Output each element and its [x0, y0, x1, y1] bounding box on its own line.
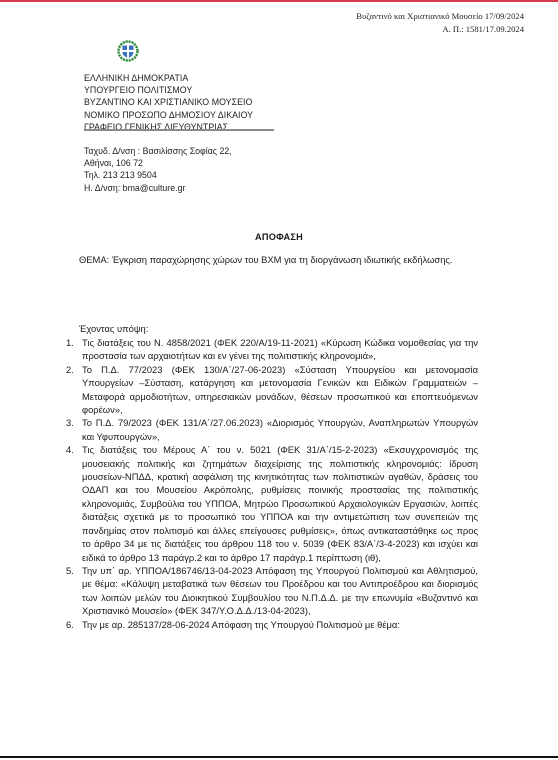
item-text: Την υπ΄ αρ. ΥΠΠΟΑ/186746/13-04-2023 Απόφ…: [82, 565, 478, 616]
org-line: ΥΠΟΥΡΓΕΙΟ ΠΟΛΙΤΙΣΜΟΥ: [84, 84, 253, 96]
stamp-line-2: Α. Π.: 1581/17.09.2024: [356, 23, 524, 36]
postal-address: Ταχυδ. Δ/νση : Βασιλίσσης Σοφίας 22,: [84, 145, 232, 157]
item-number: 3.: [66, 416, 74, 429]
item-text: Τις διατάξεις του Ν. 4858/2021 (ΦΕΚ 220/…: [82, 337, 478, 361]
list-item: 6.Την με αρ. 285137/28-06-2024 Απόφαση τ…: [66, 618, 478, 631]
list-item: 2.Το Π.Δ. 77/2023 (ΦΕΚ 130/Α΄/27-06-2023…: [66, 363, 478, 417]
item-number: 1.: [66, 336, 74, 349]
list-item: 3.Το Π.Δ. 79/2023 (ΦΕΚ 131/Α΄/27.06.2023…: [66, 416, 478, 443]
item-number: 2.: [66, 363, 74, 376]
item-number: 5.: [66, 564, 74, 577]
item-number: 4.: [66, 443, 74, 456]
greek-coat-of-arms-icon: [117, 40, 139, 62]
city-postcode: Αθήναι, 106 72: [84, 157, 232, 169]
legal-basis-list: 1.Τις διατάξεις του Ν. 4858/2021 (ΦΕΚ 22…: [66, 336, 478, 631]
org-line: ΕΛΛΗΝΙΚΗ ΔΗΜΟΚΡΑΤΙΑ: [84, 72, 253, 84]
page-bottom-edge: [0, 756, 558, 758]
document-title: ΑΠΟΦΑΣΗ: [0, 232, 558, 242]
issuing-authority: ΕΛΛΗΝΙΚΗ ΔΗΜΟΚΡΑΤΙΑ ΥΠΟΥΡΓΕΙΟ ΠΟΛΙΤΙΣΜΟΥ…: [84, 72, 253, 133]
considering-heading: Έχοντας υπόψη:: [79, 322, 148, 335]
protocol-stamp: Βυζαντινό και Χριστιανικό Μουσείο 17/09/…: [356, 10, 524, 35]
top-accent-bar: [0, 0, 558, 2]
list-item: 5.Την υπ΄ αρ. ΥΠΠΟΑ/186746/13-04-2023 Απ…: [66, 564, 478, 618]
item-text: Την με αρ. 285137/28-06-2024 Απόφαση της…: [82, 619, 400, 630]
item-text: Το Π.Δ. 79/2023 (ΦΕΚ 131/Α΄/27.06.2023) …: [82, 417, 478, 441]
phone: Τηλ. 213 213 9504: [84, 169, 232, 181]
org-line: ΝΟΜΙΚΟ ΠΡΟΣΩΠΟ ΔΗΜΟΣΙΟΥ ΔΙΚΑΙΟΥ: [84, 109, 253, 121]
header-divider: [84, 129, 274, 131]
org-line: ΒΥΖΑΝΤΙΝΟ ΚΑΙ ΧΡΙΣΤΙΑΝΙΚΟ ΜΟΥΣΕΙΟ: [84, 96, 253, 108]
contact-block: Ταχυδ. Δ/νση : Βασιλίσσης Σοφίας 22, Αθή…: [84, 145, 232, 194]
list-item: 1.Τις διατάξεις του Ν. 4858/2021 (ΦΕΚ 22…: [66, 336, 478, 363]
item-text: Το Π.Δ. 77/2023 (ΦΕΚ 130/Α΄/27-06-2023) …: [82, 364, 478, 415]
list-item: 4.Τις διατάξεις του Μέρους Α΄ του ν. 502…: [66, 443, 478, 564]
stamp-line-1: Βυζαντινό και Χριστιανικό Μουσείο 17/09/…: [356, 10, 524, 23]
email: Η. Δ/νση: bma@culture.gr: [84, 182, 232, 194]
item-text: Τις διατάξεις του Μέρους Α΄ του ν. 5021 …: [82, 444, 478, 562]
org-line: ΓΡΑΦΕΙΟ ΓΕΝΙΚΗΣ ΔΙΕΥΘΥΝΤΡΙΑΣ: [84, 121, 253, 133]
document-subject: ΘΕΜΑ: Έγκριση παραχώρησης χώρων του ΒΧΜ …: [79, 252, 477, 267]
item-number: 6.: [66, 618, 74, 631]
